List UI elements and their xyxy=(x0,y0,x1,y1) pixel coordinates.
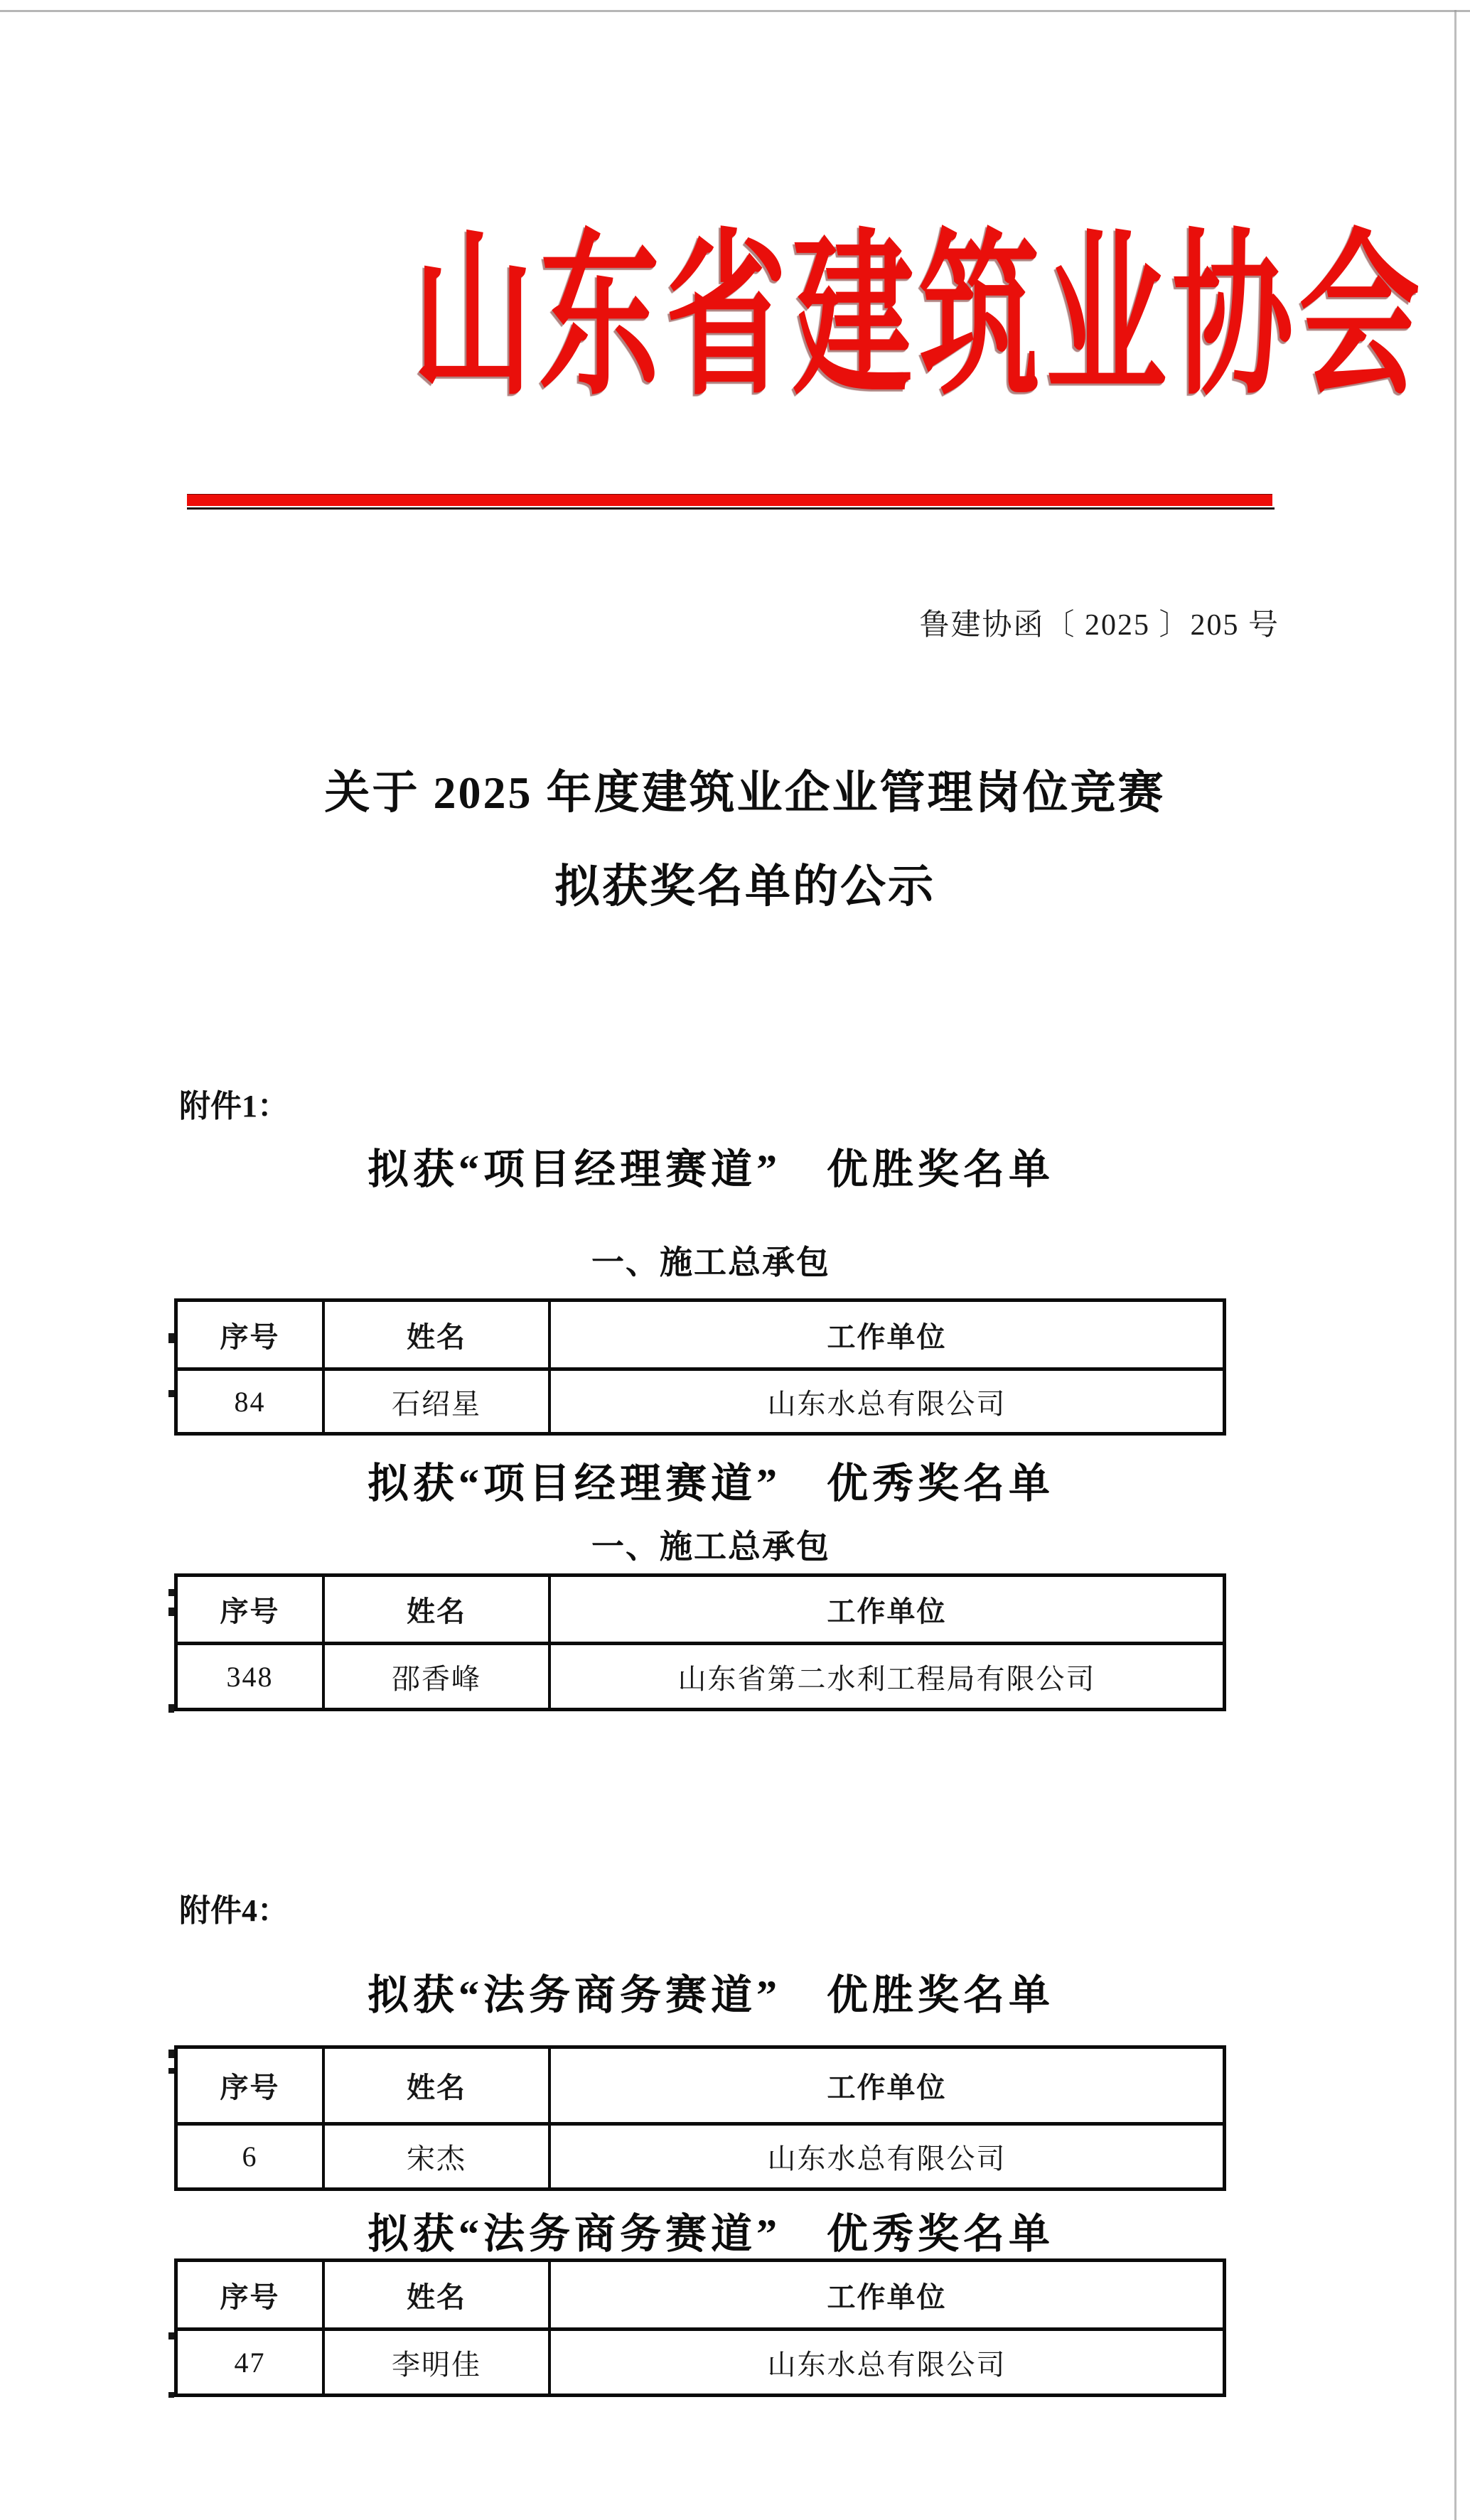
scan-edge-right xyxy=(1454,10,1456,2520)
scan-edge-top xyxy=(0,10,1470,12)
attachment-1-label: 附件1： xyxy=(179,1080,289,1126)
table-header-row: 序号 姓名 工作单位 xyxy=(178,2049,1223,2126)
section-title-legal-winner: 拟获“法务商务赛道” 优胜奖名单 xyxy=(185,1961,1237,2021)
cell-index: 6 xyxy=(178,2126,325,2187)
scan-artifact xyxy=(168,2332,174,2339)
header-cell-index: 序号 xyxy=(178,2262,325,2327)
scan-artifact xyxy=(168,1333,174,1343)
table-row: 348 邵香峰 山东省第二水利工程局有限公司 xyxy=(178,1645,1223,1708)
letterhead-red-rule xyxy=(187,495,1272,506)
header-cell-employer: 工作单位 xyxy=(551,1302,1223,1367)
cell-name: 石绍星 xyxy=(325,1371,551,1432)
award-table-pm-winner: 序号 姓名 工作单位 84 石绍星 山东水总有限公司 xyxy=(174,1298,1226,1436)
cell-employer: 山东水总有限公司 xyxy=(551,1371,1223,1432)
cell-employer: 山东水总有限公司 xyxy=(551,2331,1223,2394)
section-title-pm-winner: 拟获“项目经理赛道” 优胜奖名单 xyxy=(185,1136,1237,1195)
cell-index: 47 xyxy=(178,2331,325,2394)
notice-title-line1: 关于 2025 年度建筑业企业管理岗位竞赛 xyxy=(174,756,1316,822)
cell-name: 邵香峰 xyxy=(325,1645,551,1708)
award-table-legal-winner: 序号 姓名 工作单位 6 宋杰 山东水总有限公司 xyxy=(174,2045,1226,2191)
section-title-pm-excellence: 拟获“项目经理赛道” 优秀奖名单 xyxy=(185,1450,1237,1509)
letterhead-org-title: 山东省建筑业协会 xyxy=(174,226,1290,411)
scan-artifact xyxy=(168,1589,174,1596)
header-cell-index: 序号 xyxy=(178,1302,325,1367)
letterhead-org-title-text: 山东省建筑业协会 xyxy=(412,226,1425,411)
cell-index: 84 xyxy=(178,1371,325,1432)
document-number: 鲁建协函〔 2025 〕205 号 xyxy=(174,601,1279,644)
table-header-row: 序号 姓名 工作单位 xyxy=(178,1302,1223,1371)
cell-index: 348 xyxy=(178,1645,325,1708)
header-cell-name: 姓名 xyxy=(325,1302,551,1367)
cell-employer: 山东水总有限公司 xyxy=(551,2126,1223,2187)
award-table-legal-excellence: 序号 姓名 工作单位 47 李明佳 山东水总有限公司 xyxy=(174,2258,1226,2397)
notice-title-line2: 拟获奖名单的公示 xyxy=(174,850,1316,915)
scan-artifact xyxy=(168,1608,174,1616)
cell-name: 李明佳 xyxy=(325,2331,551,2394)
header-cell-index: 序号 xyxy=(178,2049,325,2122)
header-cell-index: 序号 xyxy=(178,1577,325,1642)
table-row: 6 宋杰 山东水总有限公司 xyxy=(178,2126,1223,2187)
table-header-row: 序号 姓名 工作单位 xyxy=(178,2262,1223,2331)
document-page: 山东省建筑业协会 鲁建协函〔 2025 〕205 号 关于 2025 年度建筑业… xyxy=(0,0,1470,2520)
cell-employer: 山东省第二水利工程局有限公司 xyxy=(551,1645,1223,1708)
header-cell-name: 姓名 xyxy=(325,1577,551,1642)
header-cell-employer: 工作单位 xyxy=(551,1577,1223,1642)
scan-artifact xyxy=(168,1704,174,1713)
scan-artifact xyxy=(168,2392,174,2398)
header-cell-employer: 工作单位 xyxy=(551,2262,1223,2327)
scan-artifact xyxy=(168,1390,174,1397)
scan-artifact xyxy=(168,2068,174,2074)
attachment-4-label: 附件4： xyxy=(179,1885,289,1930)
table-row: 47 李明佳 山东水总有限公司 xyxy=(178,2331,1223,2394)
table-header-row: 序号 姓名 工作单位 xyxy=(178,1577,1223,1645)
section-title-legal-excellence: 拟获“法务商务赛道” 优秀奖名单 xyxy=(185,2200,1237,2260)
cell-name: 宋杰 xyxy=(325,2126,551,2187)
letterhead-black-rule xyxy=(187,507,1275,510)
table-row: 84 石绍星 山东水总有限公司 xyxy=(178,1371,1223,1432)
header-cell-name: 姓名 xyxy=(325,2262,551,2327)
header-cell-employer: 工作单位 xyxy=(551,2049,1223,2122)
header-cell-name: 姓名 xyxy=(325,2049,551,2122)
scan-artifact xyxy=(168,2050,174,2058)
section-subtitle-general-contracting-1: 一、施工总承包 xyxy=(185,1237,1237,1283)
section-subtitle-general-contracting-2: 一、施工总承包 xyxy=(185,1521,1237,1568)
award-table-pm-excellence: 序号 姓名 工作单位 348 邵香峰 山东省第二水利工程局有限公司 xyxy=(174,1573,1226,1711)
